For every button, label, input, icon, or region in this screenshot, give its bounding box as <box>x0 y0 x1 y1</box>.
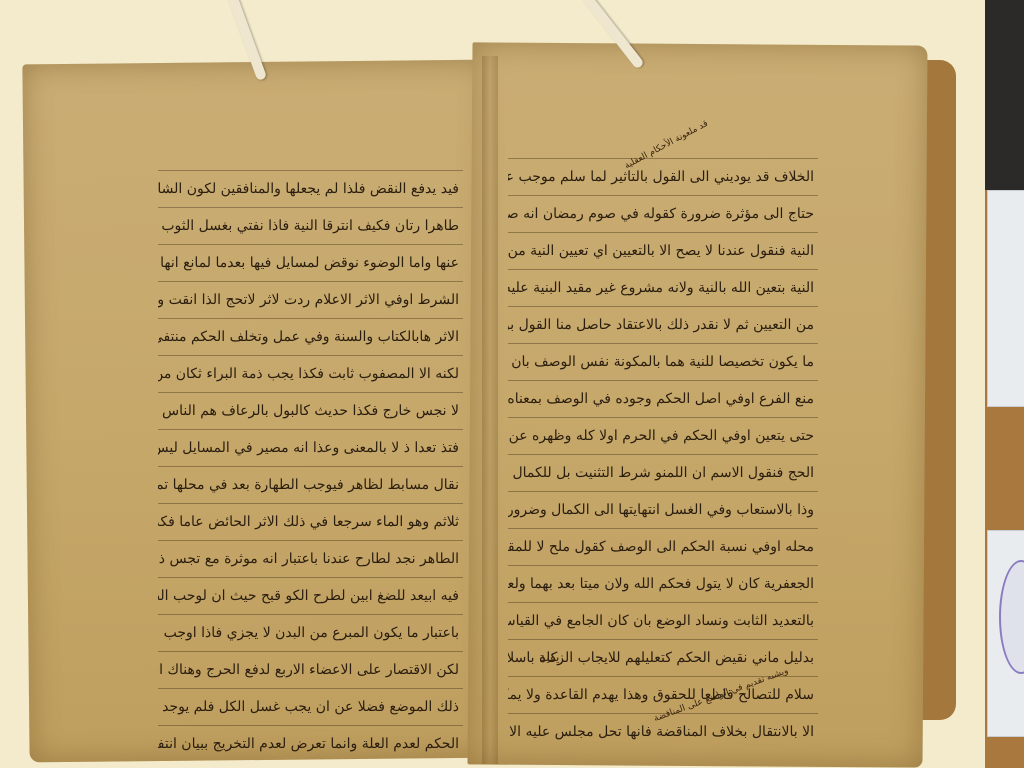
text-line: الخلاف قد يوديني الى القول بالتاثير لما … <box>508 158 818 195</box>
text-line: الشرط اوفي الاثر الاعلام ردت لاثر لاتحج … <box>158 281 463 318</box>
text-line: لكنه الا المصفوب ثابت فكذا يجب ذمة البرا… <box>158 355 463 392</box>
text-line: النية بتعين الله بالنية ولانه مشروع غير … <box>508 269 818 306</box>
text-line: باعتبار ما يكون المبرع من البدن لا يجزي … <box>158 614 463 651</box>
dark-object <box>985 0 1024 190</box>
text-line: عنها واما الوضوء نوقض لمسايل فيها بعدما … <box>158 244 463 281</box>
text-line: فيد يدفع النقض فلذا لم يجعلها والمنافقين… <box>158 170 463 207</box>
text-line: نقال مسابط لظاهر فيوجب الطهارة بعد في مح… <box>158 466 463 503</box>
text-line: الطاهر نجد لطارح عندنا باعتبار انه موثرة… <box>158 540 463 577</box>
text-line: حتاج الى مؤثرة ضرورة كقوله في صوم رمضان … <box>508 195 818 232</box>
text-line: محله اوفي نسبة الحكم الى الوصف كقول ملح … <box>508 528 818 565</box>
margin-note: يفيد <box>540 650 559 664</box>
text-line: منع الفرع اوفي اصل الحكم وجوده في الوصف … <box>508 380 818 417</box>
text-line: فيه ابيعد للضغ ابين لطرح الكو قبح حيث ان… <box>158 577 463 614</box>
text-line: لكن الاقتصار على الاعضاء الاربع لدفع الح… <box>158 651 463 688</box>
desk-surface <box>985 0 1024 768</box>
text-line: ثلاثم وهو الماء سرجعا في ذلك الاثر الحائ… <box>158 503 463 540</box>
text-line: الحج فنقول الاسم ان اللمنو شرط التثنيت ب… <box>508 454 818 491</box>
text-line: الحكم لعدم العلة وانما تعرض لعدم التخريج… <box>158 725 463 762</box>
book-gutter <box>482 56 498 764</box>
text-line: حتى يتعين اوفي الحكم في الحرم اولا كله و… <box>508 417 818 454</box>
text-line: الاثر هابالكتاب والسنة وفي عمل وتخلف الح… <box>158 318 463 355</box>
text-line: طاهرا رتان فكيف انترقا النية فاذا نفتي ب… <box>158 207 463 244</box>
text-line: ذلك الموضع فضلا عن ان يجب غسل الكل فلم ي… <box>158 688 463 725</box>
text-line: بالتعديد الثابت ونساد الوضع بان كان الجا… <box>508 602 818 639</box>
text-line: فتذ تعدا ذ لا بالمعنى وعذا انه مصير في ا… <box>158 429 463 466</box>
text-line: وذا بالاستعاب وفي الغسل انتهايتها الى ال… <box>508 491 818 528</box>
text-line: الجعفرية كان لا يتول فحكم الله ولان ميتا… <box>508 565 818 602</box>
cd-case <box>987 190 1024 407</box>
text-line: من التعيين ثم لا نقدر ذلك بالاعتقاد حاصل… <box>508 306 818 343</box>
left-page-text: فيد يدفع النقض فلذا لم يجعلها والمنافقين… <box>158 170 463 762</box>
text-line: ما يكون تخصيصا للنية هما بالمكونة نفس ال… <box>508 343 818 380</box>
text-line: لا نجس خارج فكذا حديث كالبول بالرعاف هم … <box>158 392 463 429</box>
text-line: النية فنقول عندنا لا يصح الا بالتعيين اي… <box>508 232 818 269</box>
